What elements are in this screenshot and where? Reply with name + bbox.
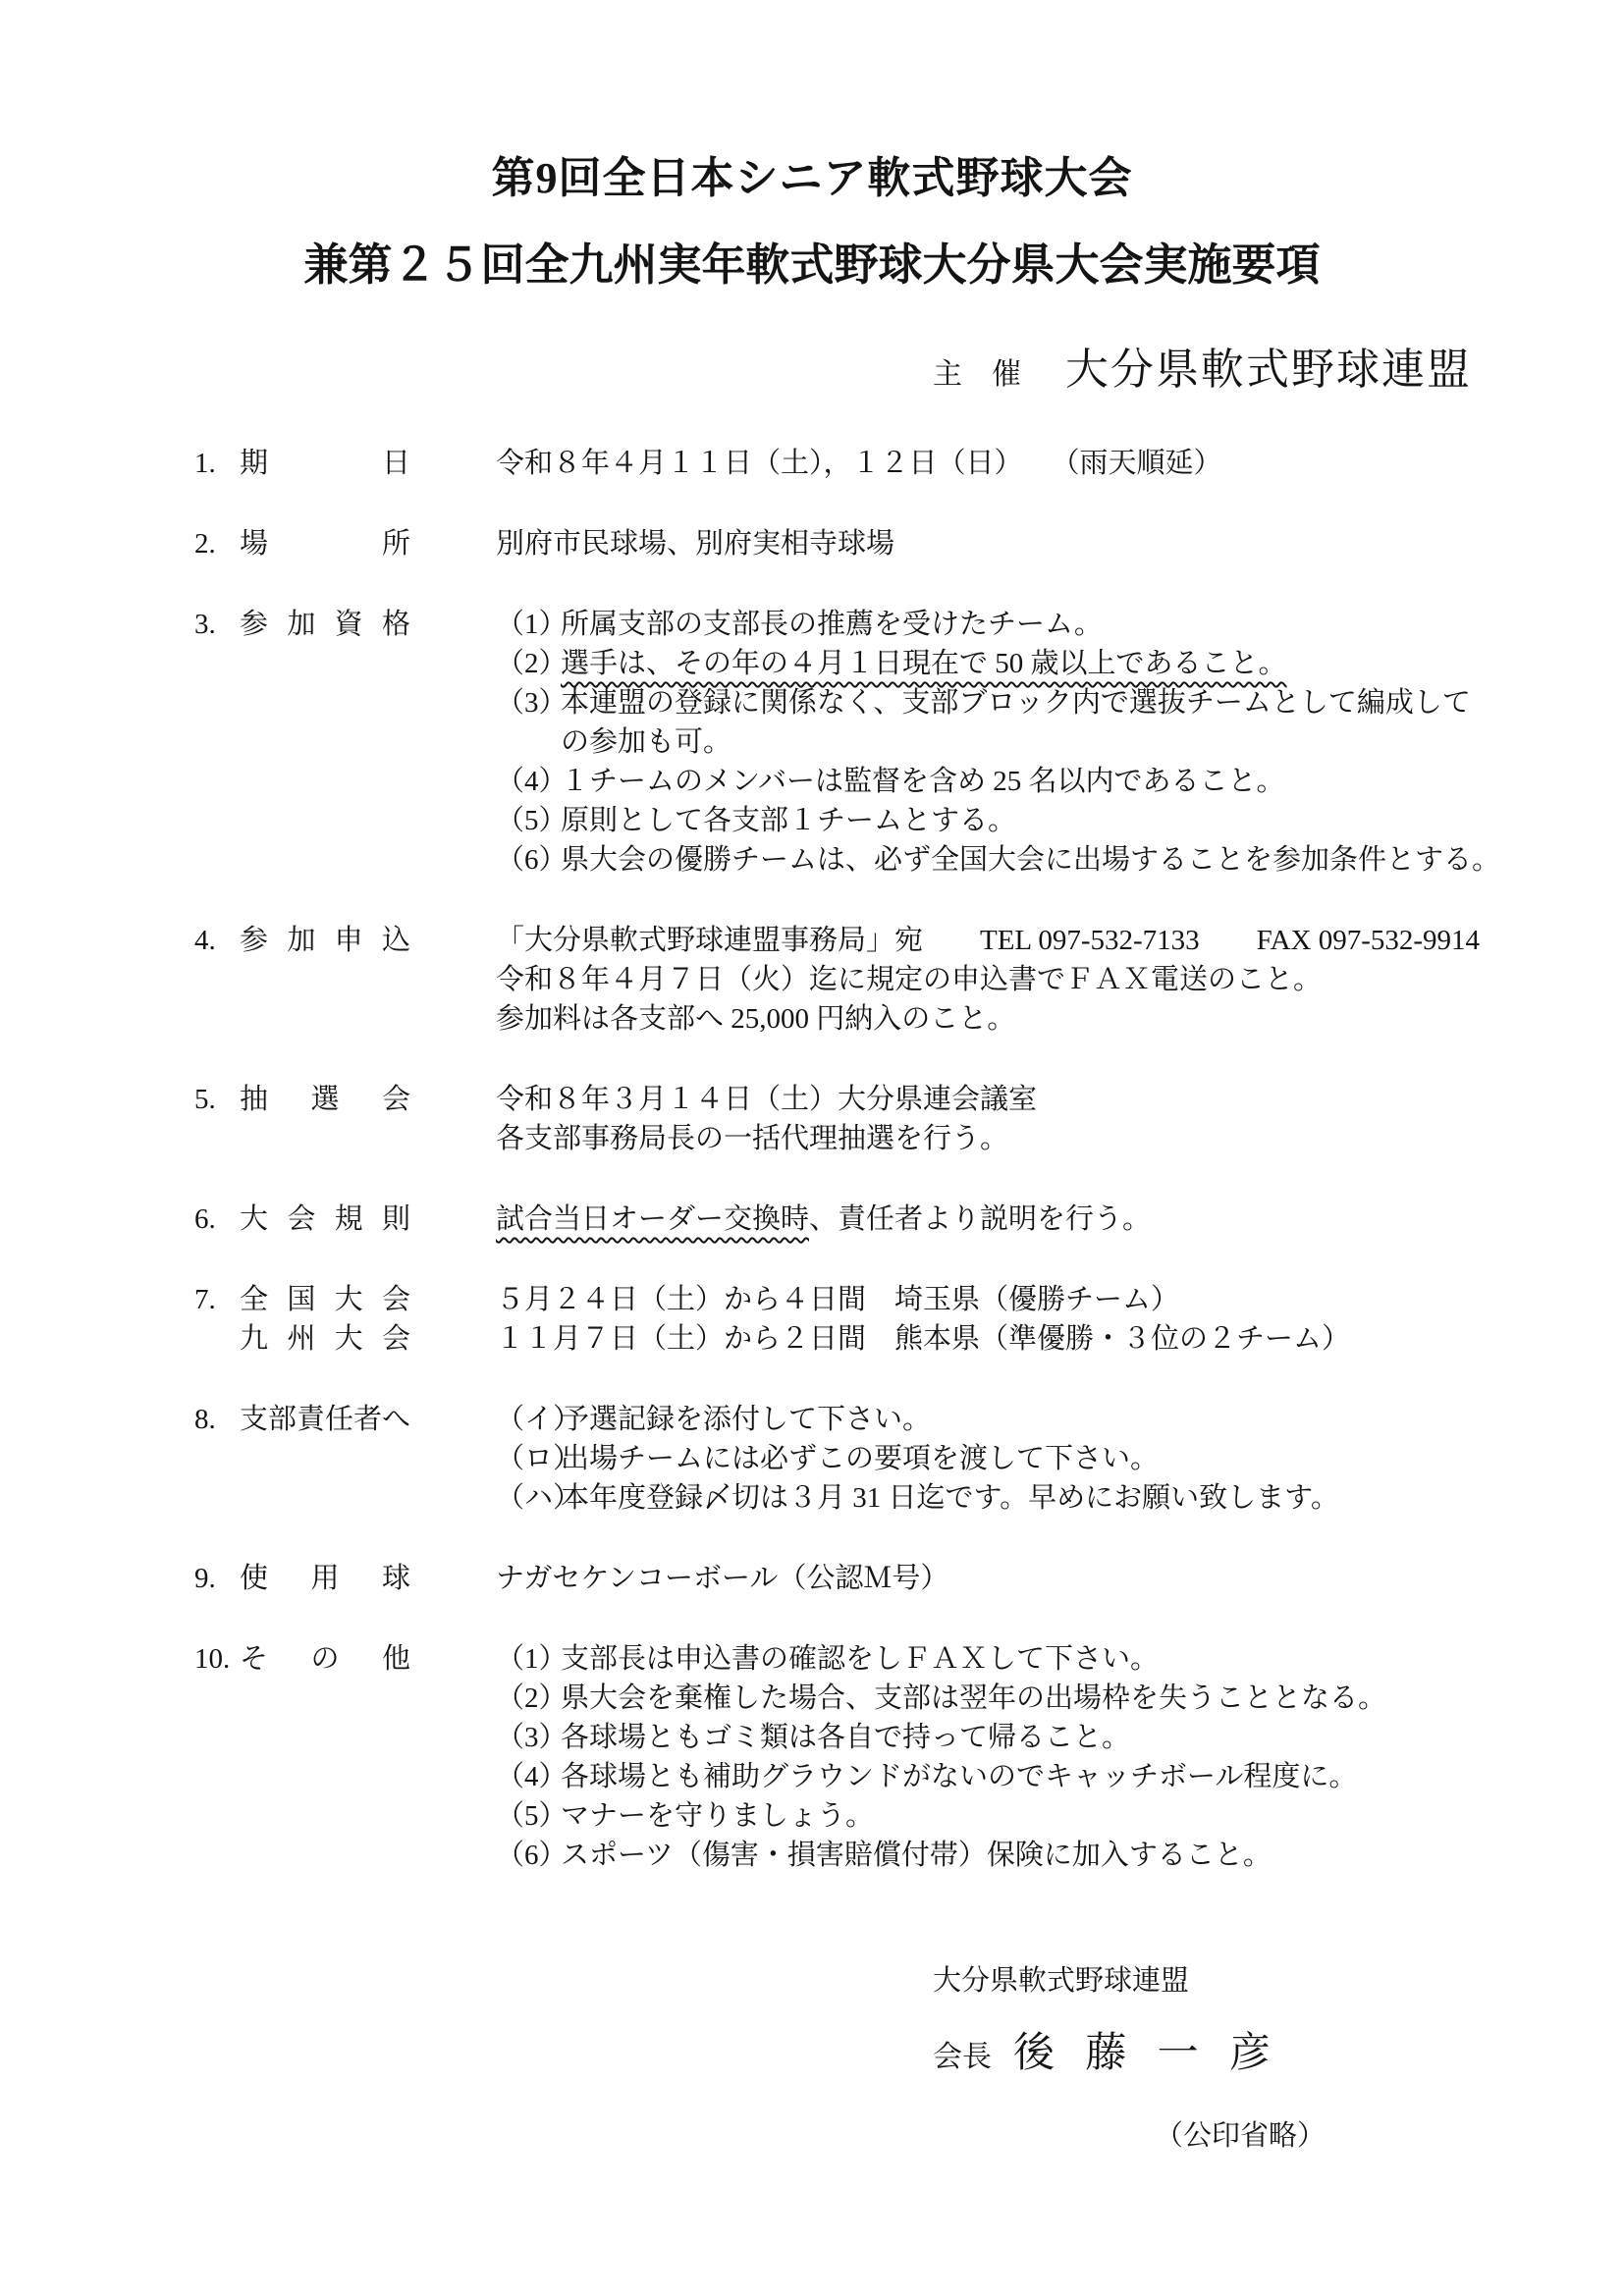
signature-organization: 大分県軟式野球連盟 (933, 1961, 1624, 2001)
rules-rest-text: 、責任者より説明を行う。 (809, 1203, 1151, 1235)
section-label: 全国大会 (240, 1280, 410, 1319)
clause: （イ）予選記録を添付して下さい。 (496, 1400, 1339, 1439)
clause-text: マナーを守りましょう。 (561, 1800, 874, 1832)
clause-marker: （6） (496, 1836, 561, 1875)
section-number: 9. (194, 1559, 240, 1598)
section-number: 10. (194, 1639, 240, 1679)
clause: （1）所属支部の支部長の推薦を受けたチーム。 (496, 605, 1500, 644)
section-text: 「大分県軟式野球連盟事務局」宛 TEL 097-532-7133 FAX 097… (496, 921, 1480, 960)
section-7-kyushu: 九州大会 １１月７日（土）から２日間 熊本県（準優勝・３位の２チーム） (0, 1319, 1624, 1359)
section-text: 令和８年４月１１日（土），１２日（日） （雨天順延） (496, 444, 1222, 483)
section-text: 参加料は各支部へ 25,000 円納入のこと。 (496, 999, 1480, 1039)
clause-text: 原則として各支部１チームとする。 (561, 805, 1016, 836)
section-text: ナガセケンコーボール（公認Ｍ号） (496, 1559, 948, 1598)
section-9-ball: 9. 使用球 ナガセケンコーボール（公認Ｍ号） (0, 1559, 1624, 1598)
section-label: その他 (240, 1639, 410, 1679)
clause: （4）各球場とも補助グラウンドがないのでキャッチボール程度に。 (496, 1757, 1386, 1796)
clause: （2）選手は、その年の４月１日現在で 50 歳以上であること。 (496, 644, 1500, 683)
clause-marker: （6） (496, 840, 561, 880)
section-10-other: 10. その他 （1）支部長は申込書の確認をしＦＡＸして下さい。 （2）県大会を… (0, 1639, 1624, 1875)
clause: （5）マナーを守りましょう。 (496, 1796, 1386, 1836)
section-label: 支部責任者へ (240, 1400, 410, 1439)
seal-omitted-note: （公印省略） (1155, 2116, 1624, 2156)
section-number: 3. (194, 605, 240, 644)
clause-text: 各球場とも補助グラウンドがないのでキャッチボール程度に。 (561, 1761, 1357, 1792)
section-number: 2. (194, 524, 240, 563)
clause-marker: （2） (496, 644, 561, 683)
clause-text: 予選記録を添付して下さい。 (561, 1404, 931, 1435)
section-label: 期日 (240, 444, 410, 483)
clause: （5）原則として各支部１チームとする。 (496, 801, 1500, 840)
clause-marker: （2） (496, 1679, 561, 1718)
section-number: 6. (194, 1200, 240, 1239)
clause-continuation: の参加も可。 (496, 722, 1500, 762)
clause: （3）各球場ともゴミ類は各自で持って帰ること。 (496, 1718, 1386, 1757)
document-title: 第9回全日本シニア軟式野球大会 (0, 0, 1624, 208)
section-number: 7. (194, 1280, 240, 1319)
document-subtitle: 兼第２５回全九州実年軟式野球大分県大会実施要項 (0, 236, 1624, 294)
clause-marker: （5） (496, 801, 561, 840)
clause-marker: （ハ） (496, 1478, 561, 1518)
clause-marker: （3） (496, 683, 561, 722)
clause-marker: （4） (496, 1757, 561, 1796)
clause-text: 各球場ともゴミ類は各自で持って帰ること。 (561, 1722, 1130, 1753)
clause-text: 所属支部の支部長の推薦を受けたチーム。 (561, 609, 1103, 640)
clause-text: １チームのメンバーは監督を含め 25 名以内であること。 (561, 766, 1284, 797)
clause-marker: （3） (496, 1718, 561, 1757)
clause-text-underlined: 選手は、その年の４月１日現在で 50 歳以上であること。 (561, 648, 1287, 679)
clause: （3）本連盟の登録に関係なく、支部ブロック内で選抜チームとして編成して (496, 683, 1500, 722)
clause-marker: （ロ） (496, 1439, 561, 1478)
section-8-branch-managers: 8. 支部責任者へ （イ）予選記録を添付して下さい。 （ロ）出場チームには必ずこ… (0, 1400, 1624, 1518)
president-title: 会長 (933, 2032, 992, 2075)
section-text: 別府市民球場、別府実相寺球場 (496, 524, 894, 563)
section-text: 試合当日オーダー交換時、責任者より説明を行う。 (496, 1200, 1151, 1239)
clause-text: 県大会を棄権した場合、支部は翌年の出場枠を失うこととなる。 (561, 1682, 1386, 1714)
section-3-eligibility: 3. 参加資格 （1）所属支部の支部長の推薦を受けたチーム。 （2）選手は、その… (0, 605, 1624, 880)
clause-text: 本年度登録〆切は３月 31 日迄です。早めにお願い致します。 (561, 1482, 1339, 1514)
section-number: 4. (194, 921, 240, 960)
section-1-date: 1. 期日 令和８年４月１１日（土），１２日（日） （雨天順延） (0, 444, 1624, 483)
clause-marker: （イ） (496, 1400, 561, 1439)
section-text: ５月２４日（土）から４日間 埼玉県（優勝チーム） (496, 1280, 1179, 1319)
section-label: 場所 (240, 524, 410, 563)
clause-marker: （1） (496, 1639, 561, 1679)
clause-text: の参加も可。 (561, 726, 731, 758)
sections: 1. 期日 令和８年４月１１日（土），１２日（日） （雨天順延） 2. 場所 別… (0, 444, 1624, 1875)
section-text: １１月７日（土）から２日間 熊本県（準優勝・３位の２チーム） (496, 1319, 1350, 1359)
organizer-line: 主 催 大分県軟式野球連盟 (933, 334, 1624, 397)
section-number: 8. (194, 1400, 240, 1439)
clause: （ロ）出場チームには必ずこの要項を渡して下さい。 (496, 1439, 1339, 1478)
section-5-lottery: 5. 抽選会 令和８年３月１４日（土）大分県連会議室 各支部事務局長の一括代理抽… (0, 1080, 1624, 1158)
section-label: 大会規則 (240, 1200, 410, 1239)
clause-text: 県大会の優勝チームは、必ず全国大会に出場することを参加条件とする。 (561, 844, 1500, 876)
section-label: 使用球 (240, 1559, 410, 1598)
section-6-rules: 6. 大会規則 試合当日オーダー交換時、責任者より説明を行う。 (0, 1200, 1624, 1239)
clause: （6）県大会の優勝チームは、必ず全国大会に出場することを参加条件とする。 (496, 840, 1500, 880)
clause-marker: （4） (496, 762, 561, 801)
section-text: 令和８年４月７日（火）迄に規定の申込書でＦＡＸ電送のこと。 (496, 960, 1480, 999)
section-2-venue: 2. 場所 別府市民球場、別府実相寺球場 (0, 524, 1624, 563)
clause-text: スポーツ（傷害・損害賠償付帯）保険に加入すること。 (561, 1840, 1272, 1871)
section-7-national: 7. 全国大会 ５月２４日（土）から４日間 埼玉県（優勝チーム） (0, 1280, 1624, 1319)
section-4-application: 4. 参加申込 「大分県軟式野球連盟事務局」宛 TEL 097-532-7133… (0, 921, 1624, 1039)
section-number: 5. (194, 1080, 240, 1119)
section-number: 1. (194, 444, 240, 483)
clause: （6）スポーツ（傷害・損害賠償付帯）保険に加入すること。 (496, 1836, 1386, 1875)
clause-marker: （1） (496, 605, 561, 644)
section-text: 各支部事務局長の一括代理抽選を行う。 (496, 1119, 1037, 1158)
section-text: 令和８年３月１４日（土）大分県連会議室 (496, 1080, 1037, 1119)
clause: （4）１チームのメンバーは監督を含め 25 名以内であること。 (496, 762, 1500, 801)
organizer-name: 大分県軟式野球連盟 (1065, 334, 1472, 397)
section-label: 抽選会 (240, 1080, 410, 1119)
rules-underlined-text: 試合当日オーダー交換時 (496, 1203, 809, 1235)
section-label: 参加資格 (240, 605, 410, 644)
clause-text: 支部長は申込書の確認をしＦＡＸして下さい。 (561, 1643, 1159, 1675)
clause: （ハ）本年度登録〆切は３月 31 日迄です。早めにお願い致します。 (496, 1478, 1339, 1518)
signature-president-line: 会長 後藤一彦 (933, 2028, 1624, 2079)
clause: （1）支部長は申込書の確認をしＦＡＸして下さい。 (496, 1639, 1386, 1679)
clause: （2）県大会を棄権した場合、支部は翌年の出場枠を失うこととなる。 (496, 1679, 1386, 1718)
organizer-label: 主 催 (933, 349, 1021, 393)
clause-text: 出場チームには必ずこの要項を渡して下さい。 (561, 1443, 1159, 1474)
section-label: 参加申込 (240, 921, 410, 960)
document-page: 第9回全日本シニア軟式野球大会 兼第２５回全九州実年軟式野球大分県大会実施要項 … (0, 0, 1624, 2296)
clause-marker: （5） (496, 1796, 561, 1836)
president-name: 後藤一彦 (1013, 2028, 1271, 2079)
clause-text: 本連盟の登録に関係なく、支部ブロック内で選抜チームとして編成して (561, 687, 1471, 719)
signature-block: 大分県軟式野球連盟 会長 後藤一彦 （公印省略） (933, 1961, 1624, 2156)
section-label: 九州大会 (240, 1319, 410, 1359)
